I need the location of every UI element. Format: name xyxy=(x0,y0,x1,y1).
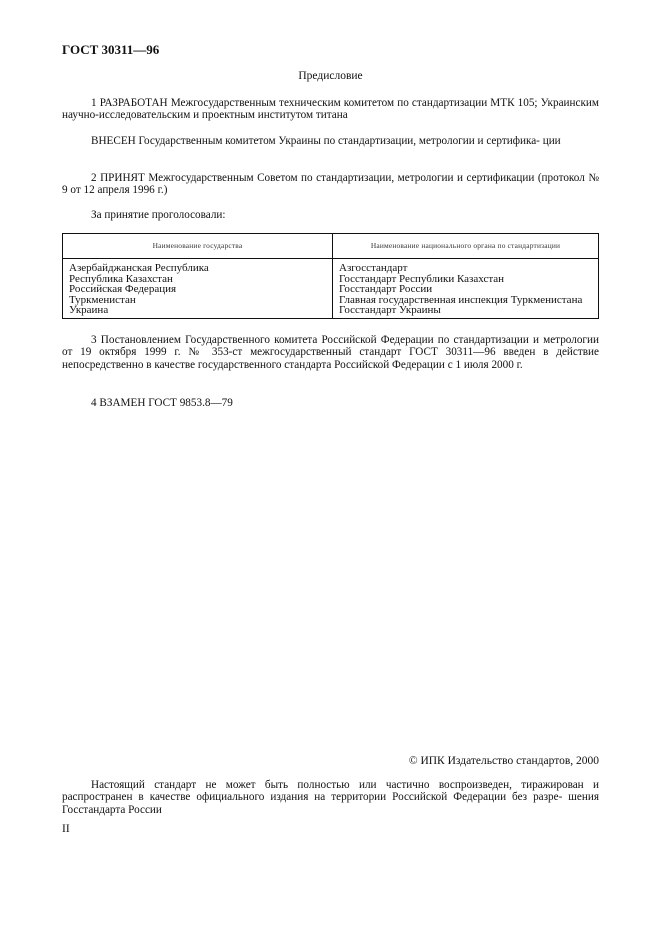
page-number: II xyxy=(62,823,70,835)
paragraph-text: 4 ВЗАМЕН ГОСТ 9853.8—79 xyxy=(91,397,233,409)
section-title: Предисловие xyxy=(0,70,661,82)
bodies-cell: Азгосстандарт Госстандарт Республики Каз… xyxy=(333,259,599,319)
paragraph-text: За принятие проголосовали: xyxy=(91,209,226,221)
column-header-national-body: Наименование национального органа по ста… xyxy=(333,234,599,259)
state-name: Украина xyxy=(69,305,327,316)
paragraph-adopted-by: 2 ПРИНЯТ Межгосударственным Советом по с… xyxy=(62,172,599,197)
paragraph-voted: За принятие проголосовали: xyxy=(62,209,599,221)
voting-states-table: Наименование государства Наименование на… xyxy=(62,233,599,319)
table-header-row: Наименование государства Наименование на… xyxy=(63,234,599,259)
paragraph-text: 2 ПРИНЯТ Межгосударственным Советом по с… xyxy=(62,172,599,196)
paragraph-developed-by: 1 РАЗРАБОТАН Межгосударственным техничес… xyxy=(62,97,599,122)
paragraph-introduced-by: ВНЕСЕН Государственным комитетом Украины… xyxy=(62,135,599,147)
copyright-notice: © ИПК Издательство стандартов, 2000 xyxy=(409,755,599,767)
table-row: Азербайджанская Республика Республика Ка… xyxy=(63,259,599,319)
national-body-name: Азгосстандарт xyxy=(339,263,593,274)
state-name: Азербайджанская Республика xyxy=(69,263,327,274)
states-cell: Азербайджанская Республика Республика Ка… xyxy=(63,259,333,319)
document-code-header: ГОСТ 30311—96 xyxy=(62,42,159,58)
national-body-name: Госстандарт Украины xyxy=(339,305,593,316)
paragraph-text: Настоящий стандарт не может быть полност… xyxy=(62,779,599,816)
paragraph-text: 1 РАЗРАБОТАН Межгосударственным техничес… xyxy=(62,97,599,121)
paragraph-text: 3 Постановлением Государственного комите… xyxy=(62,334,599,371)
reproduction-notice: Настоящий стандарт не может быть полност… xyxy=(62,779,599,816)
paragraph-text: ВНЕСЕН Государственным комитетом Украины… xyxy=(91,135,561,147)
paragraph-resolution: 3 Постановлением Государственного комите… xyxy=(62,334,599,371)
column-header-state: Наименование государства xyxy=(63,234,333,259)
paragraph-replaces: 4 ВЗАМЕН ГОСТ 9853.8—79 xyxy=(62,397,599,409)
